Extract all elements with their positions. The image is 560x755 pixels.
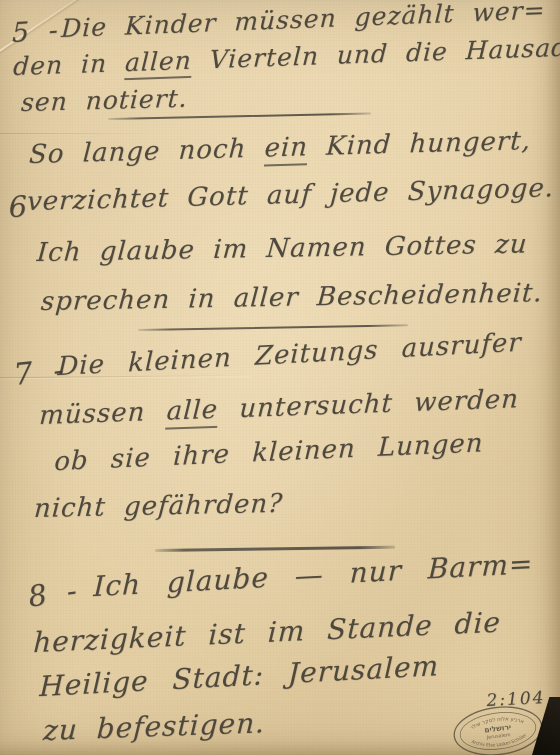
line-text: Ich glaube — nur Barm=	[93, 547, 534, 603]
underlined-word: alle	[166, 395, 219, 430]
underlined-word: ein	[264, 132, 309, 166]
line-text: zu befestigen.	[42, 706, 266, 747]
line-text: nicht gefährden?	[33, 489, 284, 524]
paper-crease	[0, 133, 150, 134]
line-text: untersucht werden	[217, 384, 519, 425]
manuscript-line: nicht gefährden?	[33, 489, 284, 524]
manuscript-line: sen notiert.	[20, 84, 188, 117]
manuscript-line: So lange noch ein Kind hungert,	[28, 126, 532, 170]
underlined-word: allen	[124, 46, 192, 80]
handwritten-divider-line	[155, 546, 395, 552]
manuscript-line: Ich glaube im Namen Gottes zu	[36, 229, 529, 268]
line-text: Kind hungert,	[307, 126, 532, 162]
line-text: sprechen in aller Bescheidenheit.	[40, 278, 544, 317]
manuscript-line: Heilige Stadt: Jerusalem	[39, 649, 440, 703]
line-text: verzichtet Gott auf jede Synagoge.	[26, 173, 555, 217]
line-text: Ich glaube im Namen Gottes zu	[36, 229, 529, 268]
manuscript-page: 5 - Die Kinder müssen gezählt wer= den i…	[0, 0, 560, 755]
line-text: So lange noch	[28, 133, 265, 170]
line-text: sen notiert.	[20, 84, 188, 117]
section-number: 5 -	[12, 15, 59, 49]
manuscript-line: müssen alle untersucht werden	[38, 384, 519, 431]
handwritten-divider-line	[138, 324, 408, 331]
manuscript-line: Ich glaube — nur Barm=	[93, 547, 534, 603]
manuscript-line: zu befestigen.	[42, 706, 266, 747]
manuscript-line: verzichtet Gott auf jede Synagoge.	[26, 173, 555, 217]
line-text: den in	[12, 48, 125, 81]
section-number: 8 -	[26, 573, 80, 614]
line-text: Die kleinen Zeitungs ausrufer	[57, 328, 522, 382]
line-text: Vierteln und die Hausadres=	[191, 30, 560, 74]
line-text: Heilige Stadt: Jerusalem	[39, 649, 440, 703]
manuscript-line: ob sie ihre kleinen Lungen	[54, 428, 484, 477]
line-text: ob sie ihre kleinen Lungen	[54, 428, 484, 477]
manuscript-line: Die kleinen Zeitungs ausrufer	[57, 328, 522, 382]
line-text: müssen	[38, 397, 167, 432]
archive-stamp: ארכיון אלזה לסקר שילר ירושלים Jerusalem …	[448, 699, 548, 755]
manuscript-line: sprechen in aller Bescheidenheit.	[40, 278, 544, 317]
section-number: 6	[8, 189, 29, 224]
